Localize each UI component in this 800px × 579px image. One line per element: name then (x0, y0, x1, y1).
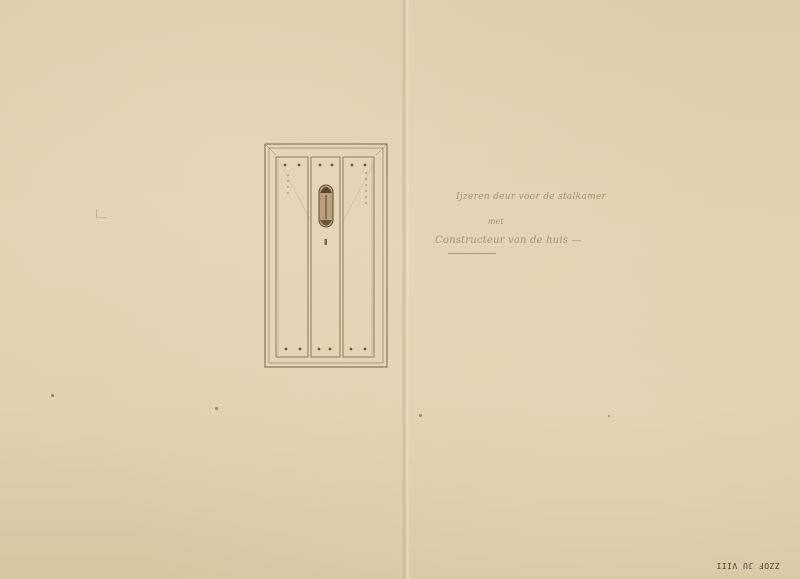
annotation-line-2: met (488, 217, 504, 226)
pencil-mark (96, 209, 107, 218)
annotation-line-3: Constructeur van de huis — (435, 235, 582, 246)
paper-speck (608, 415, 610, 417)
center-fold-highlight (406, 0, 409, 579)
paper-speck (51, 394, 54, 397)
paper-sheet: Ijzeren deur voor de stalkamer met Const… (0, 0, 800, 579)
door-elevation-svg (264, 143, 390, 371)
door-drawing (264, 143, 390, 371)
catalog-number: ZZOF JU VIII (716, 561, 780, 570)
annotation-line-1: Ijzeren deur voor de stalkamer (456, 192, 606, 202)
paper-speck (215, 407, 218, 410)
paper-speck (419, 414, 422, 417)
annotation-underline (448, 253, 496, 254)
